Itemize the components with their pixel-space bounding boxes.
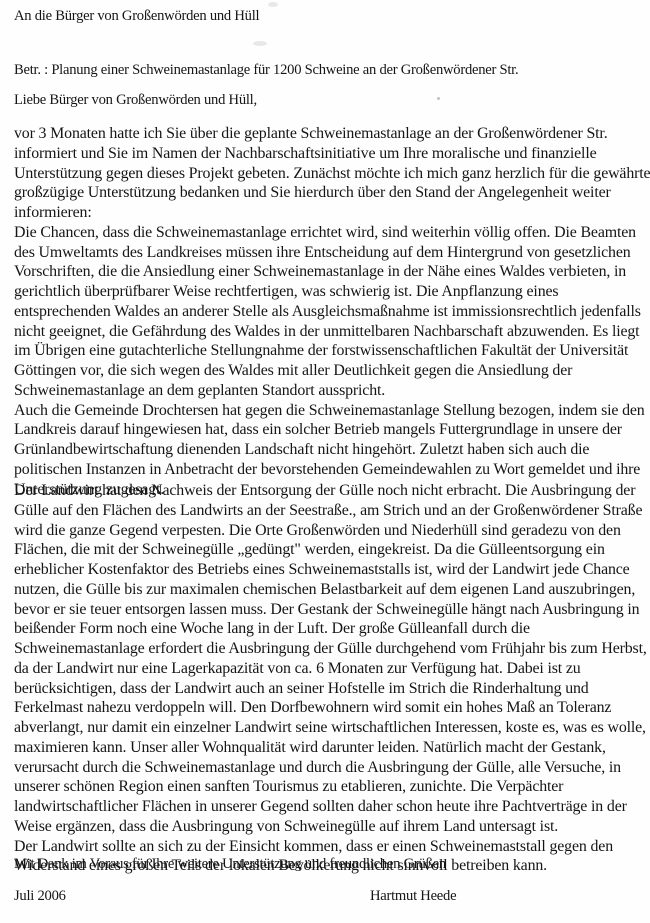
text-line: landwirtschaftlicher Flächen in unserer … xyxy=(14,797,640,817)
scan-artifact xyxy=(268,2,278,7)
letter-page: An die Bürger von Großenwörden und Hüll … xyxy=(0,0,650,923)
text-line: Der Landwirt hat den Nachweis der Entsor… xyxy=(14,481,640,501)
text-line: entsprechenden Waldes an anderer Stelle … xyxy=(14,302,640,322)
text-line: wird die ganze Gegend verpesten. Die Ort… xyxy=(14,521,640,541)
closing-line: Mit Dank im Voraus für Ihre weitere Unte… xyxy=(14,856,446,873)
text-line: Unterstützung gegen dieses Projekt gebet… xyxy=(14,164,640,184)
scan-artifact xyxy=(253,41,267,46)
text-line: bevor er sie teuer entsorgen lassen muss… xyxy=(14,600,640,620)
text-line: Schweinemastanlage an dem geplanten Stan… xyxy=(14,381,640,401)
text-line: beißender Form noch eine Woche lang in d… xyxy=(14,619,640,639)
text-line: Vorschriften, die die Ansiedlung einer S… xyxy=(14,262,640,282)
salutation: Liebe Bürger von Großenwörden und Hüll, xyxy=(14,92,257,109)
text-line: im Übrigen eine gutachterliche Stellungn… xyxy=(14,341,640,361)
text-line: maximieren kann. Unser aller Wohnqualitä… xyxy=(14,738,640,758)
text-line: berücksichtigen, dass der Landwirt auch … xyxy=(14,679,640,699)
text-line: Schweinemastanlage erfordert die Ausbrin… xyxy=(14,639,640,659)
body-paragraph-manure: Der Landwirt hat den Nachweis der Entsor… xyxy=(14,481,640,876)
text-line: Auch die Gemeinde Drochtersen hat gegen … xyxy=(14,401,640,421)
recipient-line: An die Bürger von Großenwörden und Hüll xyxy=(14,8,259,25)
text-line: informiert und Sie im Namen der Nachbars… xyxy=(14,144,640,164)
text-line: verursacht durch die Schweinemastanlage … xyxy=(14,758,640,778)
text-line: nicht geeignet, die Gefährdung des Walde… xyxy=(14,322,640,342)
scan-artifact xyxy=(437,97,440,100)
text-line: Weise ergänzen, dass die Ausbringung von… xyxy=(14,817,640,837)
text-line: erheblicher Kostenfaktor des Betriebs ei… xyxy=(14,560,640,580)
text-line: Ferkelmast nahezu verdoppeln will. Den D… xyxy=(14,698,640,718)
text-line: politischen Instanzen in Anbetracht der … xyxy=(14,460,640,480)
text-line: gerichtlich überprüfbarer Weise rechtfer… xyxy=(14,282,640,302)
body-paragraph-status: vor 3 Monaten hatte ich Sie über die gep… xyxy=(14,124,640,499)
text-line: des Umweltamts des Landkreises müssen ih… xyxy=(14,243,640,263)
text-line: vor 3 Monaten hatte ich Sie über die gep… xyxy=(14,124,640,144)
text-line: Göttingen vor, die sich wegen des Waldes… xyxy=(14,361,640,381)
text-line: Flächen, die mit der Schweinegülle „gedü… xyxy=(14,540,640,560)
text-line: Die Chancen, dass die Schweinemastanlage… xyxy=(14,223,640,243)
text-line: Grünlandbewirtschaftung dienenden Landsc… xyxy=(14,440,640,460)
subject-line: Betr. : Planung einer Schweinemastanlage… xyxy=(14,62,518,79)
text-line: Gülle auf den Flächen des Landwirts an d… xyxy=(14,501,640,521)
text-line: da der Landwirt nur eine Lagerkapazität … xyxy=(14,659,640,679)
text-line: nutzen, die Gülle bis zur maximalen chem… xyxy=(14,580,640,600)
text-line: unserer schönen Region einen sanften Tou… xyxy=(14,777,640,797)
signature-name: Hartmut Heede xyxy=(370,888,456,905)
text-line: Der Landwirt sollte an sich zu der Einsi… xyxy=(14,837,640,857)
text-line: abverlangt, nur damit ein einzelner Land… xyxy=(14,718,640,738)
date-line: Juli 2006 xyxy=(14,888,66,905)
text-line: großzügige Unterstützung bedanken und Si… xyxy=(14,183,640,203)
text-line: informieren: xyxy=(14,203,640,223)
text-line: Landkreis darauf hingewiesen hat, dass e… xyxy=(14,420,640,440)
